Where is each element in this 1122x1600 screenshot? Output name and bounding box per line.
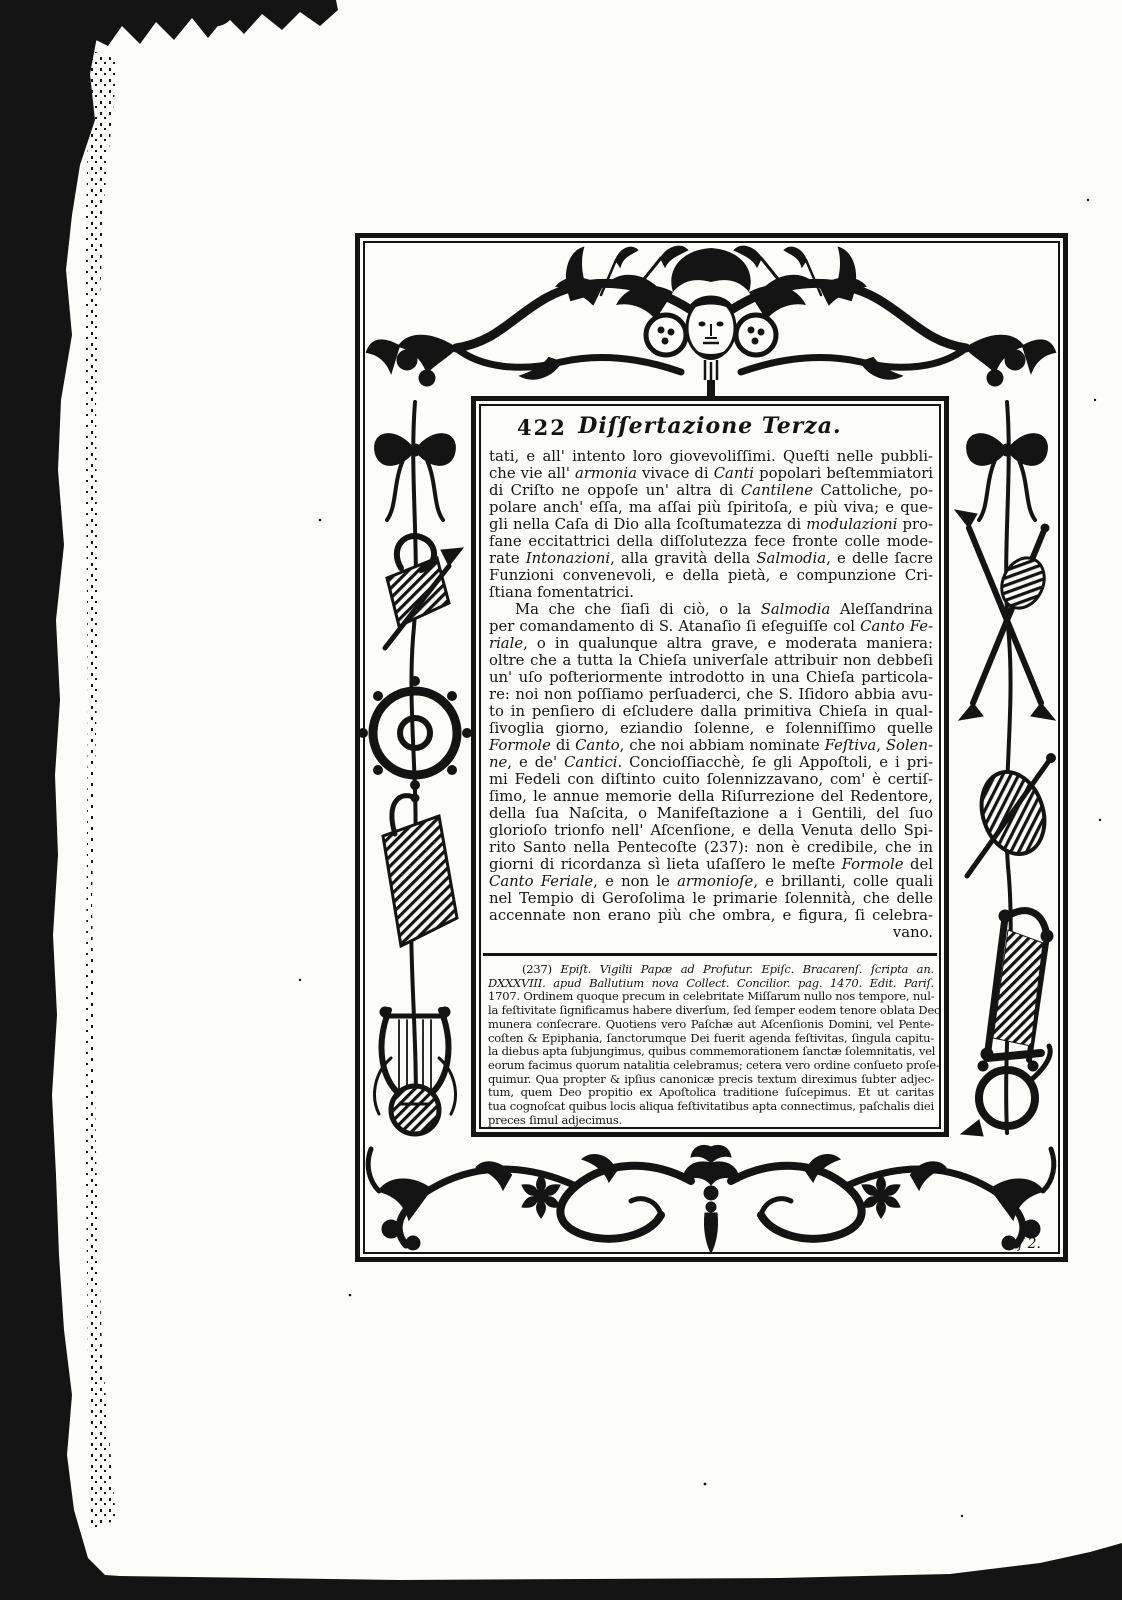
- text-line: che vie all' armonia vivace di Canti pop…: [489, 465, 933, 482]
- text-line: mi Fedeli con diſtinto cuito ſolennizzav…: [489, 771, 933, 788]
- footnote: (237) Epiſt. Vigilii Papæ ad Profutur. E…: [488, 963, 934, 1127]
- scanned-book-page: 422 Diſſertazione Terza. tati, e all' in…: [0, 0, 1122, 1600]
- text-frame-inner: 422 Diſſertazione Terza. tati, e all' in…: [479, 404, 941, 1129]
- text-line: eorum facimus quorum natalitia celebramu…: [488, 1059, 934, 1073]
- text-line: rate Intonazioni, alla gravità della Sal…: [489, 550, 933, 567]
- text-line: glorioſo trionfo nell' Aſcenſione, e del…: [489, 822, 933, 839]
- text-line: Canto Feriale, e non le armonioſe, e bri…: [489, 873, 933, 890]
- text-line: quimur. Qua propter & ipſius canonicæ pr…: [488, 1073, 934, 1087]
- text-line: oltre che a tutta la Chieſa univerſale a…: [489, 652, 933, 669]
- body-text: tati, e all' intento loro giovevoliſſimi…: [489, 448, 933, 941]
- text-line: ne, e de' Cantici. Concioſſiacchè, ſe gl…: [489, 754, 933, 771]
- text-line: Funzioni convenevoli, e della pietà, e c…: [489, 567, 933, 584]
- page-edge-texture: [84, 50, 118, 1530]
- text-line: polare anch' eſſa, ma aſſai più ſpiritoſ…: [489, 499, 933, 516]
- text-line: la diebus apta ſubjungimus, quibus comme…: [488, 1045, 934, 1059]
- text-line: gli nella Caſa di Dio alla ſcoſtumatezza…: [489, 516, 933, 533]
- page-header: 422 Diſſertazione Terza.: [481, 406, 939, 448]
- text-frame: 422 Diſſertazione Terza. tati, e all' in…: [471, 396, 949, 1137]
- text-line: giorni di ricordanza sì lieta uſaſſero l…: [489, 856, 933, 873]
- text-line: munera conſecrare. Quotiens vero Paſchæ …: [488, 1018, 934, 1032]
- text-line: 1707. Ordinem quoque precum in celebrita…: [488, 990, 934, 1004]
- text-line: coſten & Epiphania, ſanctorumque Dei fue…: [488, 1032, 934, 1046]
- text-line: un' uſo poſteriormente introdotto in una…: [489, 669, 933, 686]
- text-line: ſimo, le annue memorie della Riſurrezion…: [489, 788, 933, 805]
- footnote-rule: [483, 953, 937, 956]
- text-line: vano.: [489, 924, 933, 941]
- text-line: la feſtivitate ſignificamus habere diver…: [488, 1004, 934, 1018]
- text-line: della ſua Naſcita, o Manifeſtazione a i …: [489, 805, 933, 822]
- scan-artifact-bottom: [0, 1543, 1122, 1600]
- signature-mark: f 2.: [1018, 1236, 1041, 1252]
- text-line: preces ſimul adjecimus.: [488, 1114, 934, 1128]
- text-line: fane eccitattrici della diſſolutezza fec…: [489, 533, 933, 550]
- text-line: di Criſto ne oppoſe un' altra di Cantile…: [489, 482, 933, 499]
- text-line: tati, e all' intento loro giovevoliſſimi…: [489, 448, 933, 465]
- text-line: (237) Epiſt. Vigilii Papæ ad Profutur. E…: [488, 963, 934, 977]
- text-line: ſivoglia giorno, eziandio ſolenne, e ſol…: [489, 720, 933, 737]
- text-line: tum, quem Deo propitio ex Apoſtolica tra…: [488, 1086, 934, 1100]
- page-number: 422: [517, 415, 567, 440]
- text-line: nel Tempio di Geroſolima le primarie ſol…: [489, 890, 933, 907]
- text-line: to in penſiero di eſcludere dalla primit…: [489, 703, 933, 720]
- text-line: tua cognoſcat quibus locis aliqua feſtiv…: [488, 1100, 934, 1114]
- text-line: DXXXVIII. apud Ballutium nova Collect. C…: [488, 977, 934, 991]
- text-line: riale, o in qualunque altra grave, e mod…: [489, 635, 933, 652]
- text-line: Ma che che ſiaſi di ciò, o la Salmodia A…: [489, 601, 933, 618]
- text-line: per comandamento di S. Atanaſio ſi eſegu…: [489, 618, 933, 635]
- text-line: Formole di Canto, che noi abbiam nominat…: [489, 737, 933, 754]
- text-line: re: noi non poſſiamo perſuaderci, che S.…: [489, 686, 933, 703]
- text-line: rito Santo nella Pentecoſte (237): non è…: [489, 839, 933, 856]
- text-line: accennate non erano più che ombra, e fig…: [489, 907, 933, 924]
- text-line: ſtiana fomentatrici.: [489, 584, 933, 601]
